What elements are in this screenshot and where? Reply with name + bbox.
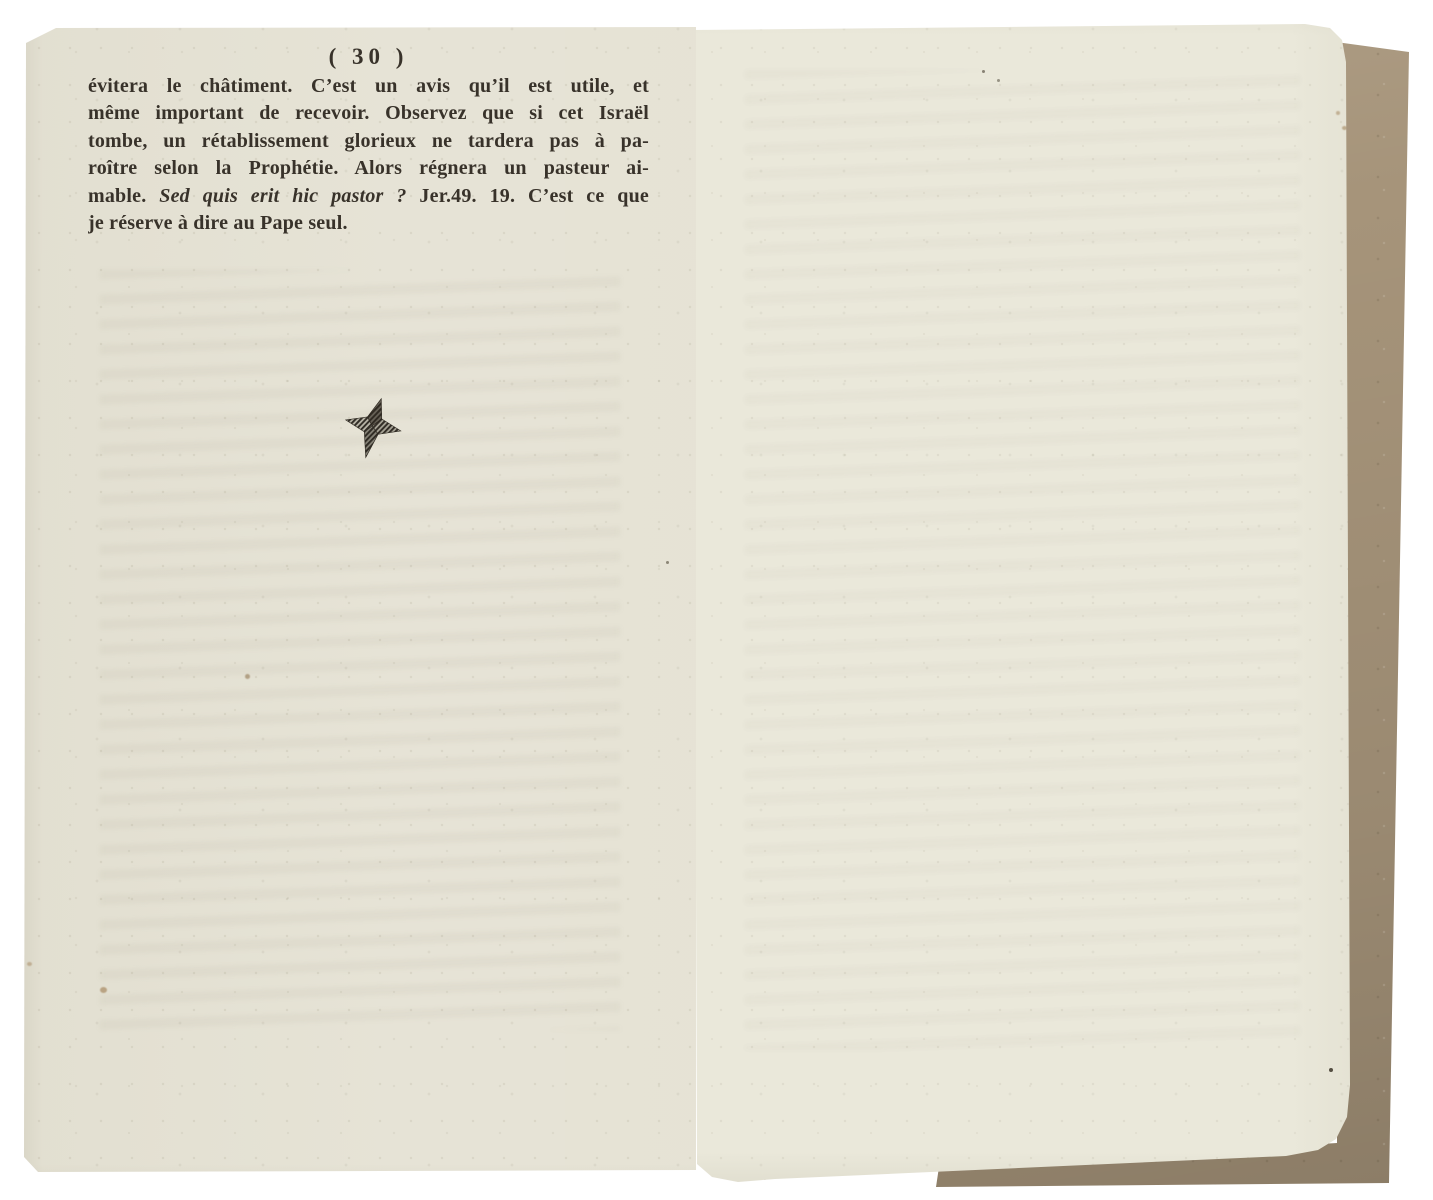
text-line-part-italic: Sed quis erit hic pastor ? <box>159 185 406 207</box>
text-line-part: Jer.49. 19. C’est ce que <box>419 185 649 207</box>
book-spread-photo: ( 30 ) évitera le châtiment. C’est un av… <box>0 0 1433 1200</box>
foxing-spot <box>245 674 250 679</box>
text-line: mable. Sed quis erit hic pastor ? Jer.49… <box>88 183 649 210</box>
text-line: roître selon la Prophétie. Alors régnera… <box>88 155 649 182</box>
ink-speck <box>982 70 985 73</box>
text-line: évitera le châtiment. C’est un avis qu’i… <box>88 73 649 100</box>
foxing-spot <box>1342 126 1347 130</box>
show-through-texture <box>745 70 1300 1050</box>
foxing-spot <box>1336 111 1340 115</box>
text-line: je réserve à dire au Pape seul. <box>88 210 649 237</box>
show-through-texture <box>100 270 620 1030</box>
ink-speck <box>997 79 1000 82</box>
foxing-spot <box>27 962 32 966</box>
ink-speck <box>1329 1068 1333 1072</box>
text-line: même important de recevoir. Observez que… <box>88 100 649 127</box>
ink-speck <box>666 561 669 564</box>
text-line-part: mable. <box>88 185 146 207</box>
foxing-spot <box>100 987 107 993</box>
body-text: évitera le châtiment. C’est un avis qu’i… <box>88 73 649 237</box>
page-number: ( 30 ) <box>88 44 649 70</box>
text-line: tombe, un rétablissement glorieux ne tar… <box>88 128 649 155</box>
four-point-star-ornament-icon <box>341 393 405 463</box>
